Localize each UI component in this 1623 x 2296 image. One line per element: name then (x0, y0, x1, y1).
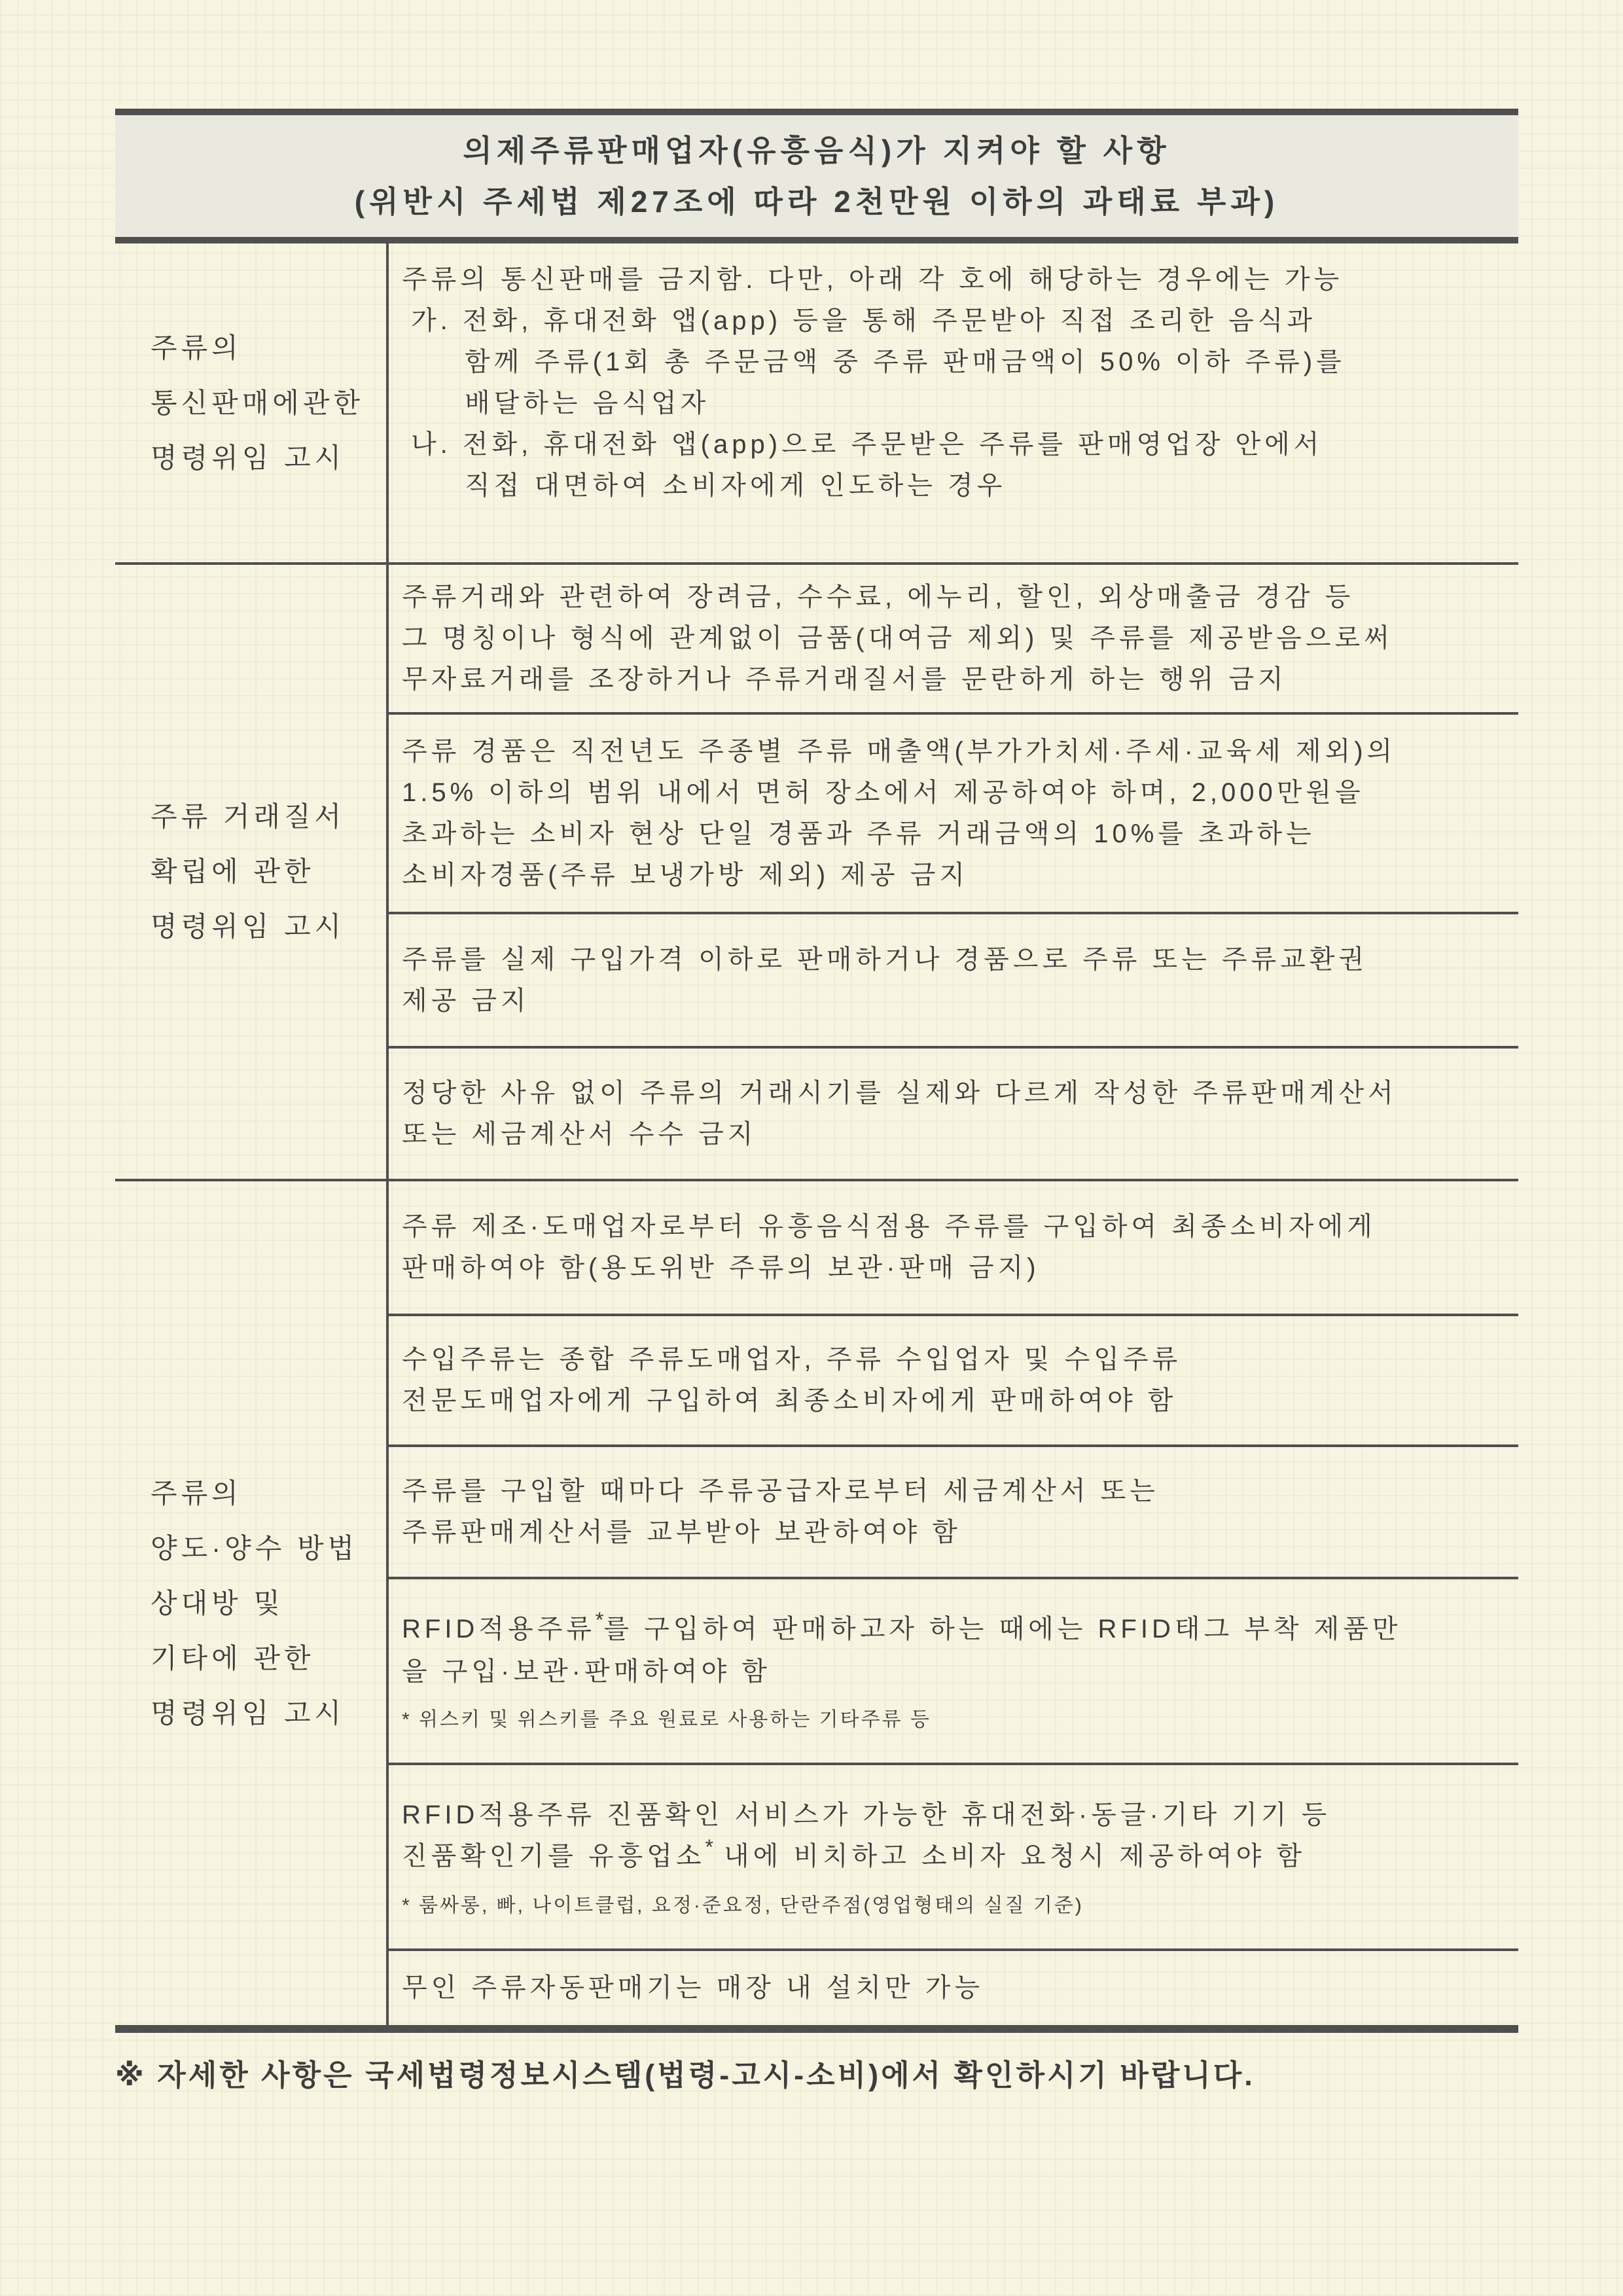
rule-row-rfid-purchase: RFID적용주류*를 구입하여 판매하고자 하는 때에는 RFID태그 부착 제… (389, 1577, 1518, 1763)
rfid-text: 진품확인기를 유흥업소 (402, 1842, 705, 1871)
section-content: 주류 제조·도매업자로부터 유흥음식점용 주류를 구입하여 최종소비자에게 판매… (389, 1181, 1518, 2025)
rule-row: 주류거래와 관련하여 장려금, 수수료, 에누리, 할인, 외상매출금 경감 등… (389, 565, 1518, 712)
label-line: 주류 거래질서 (151, 789, 386, 844)
footnote-whisky: * 위스키 및 위스키를 주요 원료로 사용하는 기타주류 등 (402, 1707, 1492, 1733)
rfid-text: 를 구입하여 판매하고자 하는 때에는 RFID태그 부착 제품만 (603, 1615, 1401, 1643)
rule-text-line: 무자료거래를 조장하거나 주류거래질서를 문란하게 하는 행위 금지 (402, 659, 1492, 700)
section-transfer-method: 주류의 양도·양수 방법 상대방 및 기타에 관한 명령위임 고시 주류 제조·… (115, 1179, 1518, 2025)
rule-text-line: 주류 경품은 직전년도 주종별 주류 매출액(부가가치세·주세·교육세 제외)의 (402, 731, 1492, 772)
asterisk-superscript: * (596, 1608, 603, 1632)
label-line: 확립에 관한 (151, 844, 386, 899)
rule-text-line: 주류 제조·도매업자로부터 유흥음식점용 주류를 구입하여 최종소비자에게 (402, 1206, 1492, 1247)
section-trade-order: 주류 거래질서 확립에 관한 명령위임 고시 주류거래와 관련하여 장려금, 수… (115, 562, 1518, 1179)
rfid-text: 내에 비치하고 소비자 요청시 제공하여야 함 (724, 1842, 1306, 1871)
section-content: 주류의 통신판매를 금지함. 다만, 아래 각 호에 해당하는 경우에는 가능 … (389, 243, 1518, 562)
section-label: 주류의 통신판매에관한 명령위임 고시 (115, 243, 389, 562)
scanned-notice-page: 의제주류판매업자(유흥음식)가 지켜야 할 사항 (위반시 주세법 제27조에 … (0, 0, 1623, 2296)
rule-text-line: 주류거래와 관련하여 장려금, 수수료, 에누리, 할인, 외상매출금 경감 등 (402, 577, 1492, 618)
footnote-venues: * 룸싸롱, 빠, 나이트클럽, 요정·준요정, 단란주점(영업형태의 실질 기… (402, 1893, 1492, 1919)
label-line: 기타에 관한 (151, 1631, 386, 1686)
notice-title-line1: 의제주류판매업자(유흥음식)가 지켜야 할 사항 (463, 127, 1170, 174)
rule-text-line: 소비자경품(주류 보냉가방 제외) 제공 금지 (402, 855, 1492, 896)
rule-row: 주류의 통신판매를 금지함. 다만, 아래 각 호에 해당하는 경우에는 가능 … (389, 243, 1518, 562)
rule-row-rfid-verify: RFID적용주류 진품확인 서비스가 가능한 휴대전화·동글·기타 기기 등 진… (389, 1763, 1518, 1948)
rfid-text: RFID적용주류 (402, 1615, 596, 1643)
rule-text-line: 주류의 통신판매를 금지함. 다만, 아래 각 호에 해당하는 경우에는 가능 (402, 259, 1492, 300)
label-line: 명령위임 고시 (151, 1686, 386, 1741)
label-line: 통신판매에관한 (151, 376, 386, 431)
rule-text-line: 수입주류는 종합 주류도매업자, 주류 수입업자 및 수입주류 (402, 1339, 1492, 1380)
rule-text-line: 판매하여야 함(용도위반 주류의 보관·판매 금지) (402, 1247, 1492, 1289)
label-line: 주류의 (151, 321, 386, 376)
rule-row: 무인 주류자동판매기는 매장 내 설치만 가능 (389, 1948, 1518, 2025)
rule-text-line: 주류를 실제 구입가격 이하로 판매하거나 경품으로 주류 또는 주류교환권 (402, 939, 1492, 980)
rule-row: 정당한 사유 없이 주류의 거래시기를 실제와 다르게 작성한 주류판매계산서 … (389, 1046, 1518, 1179)
rule-text-line: 나. 전화, 휴대전화 앱(app)으로 주문받은 주류를 판매영업장 안에서 (402, 424, 1492, 465)
rule-text-line: 함께 주류(1회 총 주문금액 중 주류 판매금액이 50% 이하 주류)를 (402, 342, 1492, 383)
rule-text-line: 또는 세금계산서 수수 금지 (402, 1114, 1492, 1155)
rule-row: 주류 경품은 직전년도 주종별 주류 매출액(부가가치세·주세·교육세 제외)의… (389, 712, 1518, 912)
notice-header: 의제주류판매업자(유흥음식)가 지켜야 할 사항 (위반시 주세법 제27조에 … (115, 109, 1518, 243)
label-line: 명령위임 고시 (151, 431, 386, 486)
section-label: 주류 거래질서 확립에 관한 명령위임 고시 (115, 565, 389, 1179)
label-line: 상대방 및 (151, 1576, 386, 1631)
notice-table: 주류의 통신판매에관한 명령위임 고시 주류의 통신판매를 금지함. 다만, 아… (115, 243, 1518, 2033)
rule-text-line: 진품확인기를 유흥업소*내에 비치하고 소비자 요청시 제공하여야 함 (402, 1836, 1492, 1878)
asterisk-superscript: * (705, 1835, 713, 1859)
rule-text-line: 을 구입·보관·판매하여야 함 (402, 1651, 1492, 1693)
footer-note: ※ 자세한 사항은 국세법령정보시스템(법령-고시-소비)에서 확인하시기 바랍… (115, 2056, 1255, 2094)
section-content: 주류거래와 관련하여 장려금, 수수료, 에누리, 할인, 외상매출금 경감 등… (389, 565, 1518, 1179)
rule-text-line: 주류를 구입할 때마다 주류공급자로부터 세금계산서 또는 (402, 1471, 1492, 1512)
rule-row: 주류 제조·도매업자로부터 유흥음식점용 주류를 구입하여 최종소비자에게 판매… (389, 1181, 1518, 1314)
rule-row: 주류를 실제 구입가격 이하로 판매하거나 경품으로 주류 또는 주류교환권 제… (389, 912, 1518, 1046)
label-line: 양도·양수 방법 (151, 1521, 386, 1576)
rule-text-line: 주류판매계산서를 교부받아 보관하여야 함 (402, 1512, 1492, 1553)
rule-row: 주류를 구입할 때마다 주류공급자로부터 세금계산서 또는 주류판매계산서를 교… (389, 1444, 1518, 1577)
rule-text-line: 전문도매업자에게 구입하여 최종소비자에게 판매하여야 함 (402, 1380, 1492, 1422)
section-label: 주류의 양도·양수 방법 상대방 및 기타에 관한 명령위임 고시 (115, 1181, 389, 2025)
section-mail-order: 주류의 통신판매에관한 명령위임 고시 주류의 통신판매를 금지함. 다만, 아… (115, 243, 1518, 562)
rule-text-line: 정당한 사유 없이 주류의 거래시기를 실제와 다르게 작성한 주류판매계산서 (402, 1073, 1492, 1114)
rule-text-line: RFID적용주류*를 구입하여 판매하고자 하는 때에는 RFID태그 부착 제… (402, 1609, 1492, 1651)
rule-text-line: 그 명칭이나 형식에 관계없이 금품(대여금 제외) 및 주류를 제공받음으로써 (402, 618, 1492, 659)
label-line: 주류의 (151, 1466, 386, 1521)
rule-text-line: 초과하는 소비자 현상 단일 경품과 주류 거래금액의 10%를 초과하는 (402, 814, 1492, 855)
rule-text-line: 직접 대면하여 소비자에게 인도하는 경우 (402, 465, 1492, 507)
label-line: 명령위임 고시 (151, 899, 386, 954)
rule-text-line: 무인 주류자동판매기는 매장 내 설치만 가능 (402, 1967, 1492, 2009)
notice-title-line2: (위반시 주세법 제27조에 따라 2천만원 이하의 과태료 부과) (355, 178, 1279, 225)
rule-text-line: RFID적용주류 진품확인 서비스가 가능한 휴대전화·동글·기타 기기 등 (402, 1795, 1492, 1836)
rule-text-line: 제공 금지 (402, 980, 1492, 1022)
rule-text-line: 배달하는 음식업자 (402, 383, 1492, 424)
rule-text-line: 가. 전화, 휴대전화 앱(app) 등을 통해 주문받아 직접 조리한 음식과 (402, 300, 1492, 342)
rule-text-line: 1.5% 이하의 범위 내에서 면허 장소에서 제공하여야 하며, 2,000만… (402, 772, 1492, 814)
rule-row: 수입주류는 종합 주류도매업자, 주류 수입업자 및 수입주류 전문도매업자에게… (389, 1314, 1518, 1444)
